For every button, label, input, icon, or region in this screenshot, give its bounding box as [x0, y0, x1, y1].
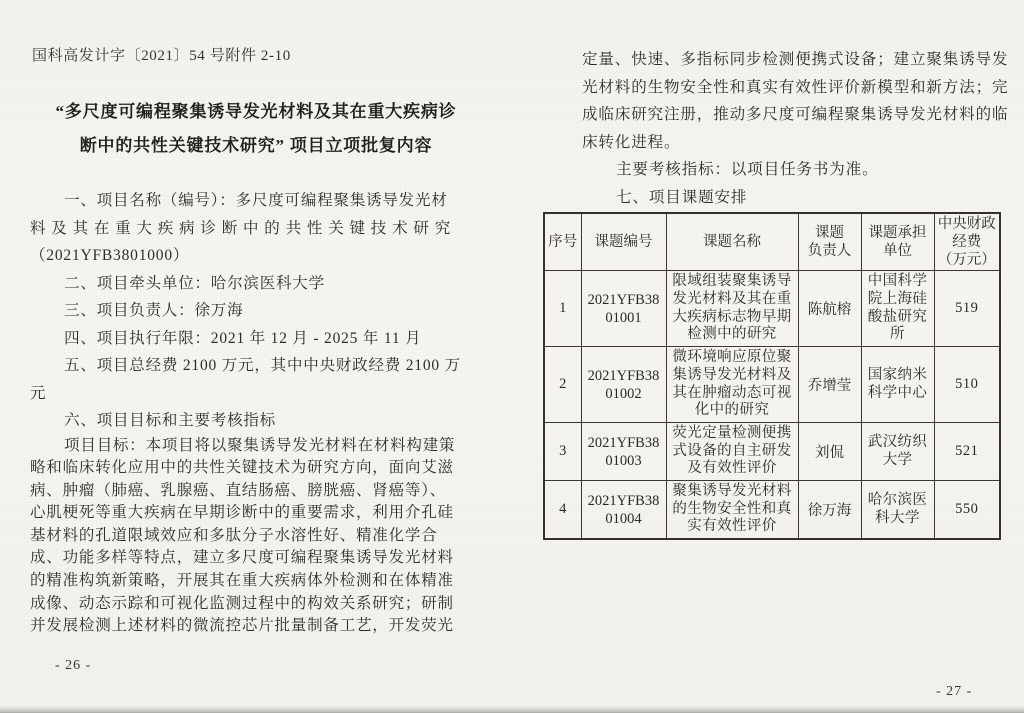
cell-code: 2021YFB3801003 — [581, 423, 666, 481]
cell-name: 限域组装聚集诱导发光材料及其在重大疾病标志物早期检测中的研究 — [666, 271, 798, 347]
text-line: 定量、快速、多指标同步检测便携式设备；建立聚集诱导发 — [582, 46, 1012, 74]
text-line: 病、肿瘤（肺癌、乳腺癌、直结肠癌、膀胱癌、肾癌等）、 — [30, 480, 482, 503]
column-header-code: 课题编号 — [581, 213, 666, 271]
cell-org: 哈尔滨医科大学 — [861, 481, 934, 540]
section-heading-topics: 七、项目课题安排 — [582, 184, 1012, 212]
cell-index: 1 — [544, 271, 581, 347]
text-line: 成、功能多样等特点，建立多尺度可编程聚集诱导发光材料 — [30, 547, 482, 570]
scan-bottom-edge — [0, 706, 1024, 713]
text-line: 床转化进程。 — [582, 129, 1012, 157]
cell-fund: 521 — [934, 423, 1000, 481]
cell-fund: 519 — [934, 271, 1000, 347]
text-line: 六、项目目标和主要考核指标 — [30, 407, 482, 435]
page-number-left: - 26 - — [55, 658, 91, 674]
scanned-document: 国科高发计字〔2021〕54 号附件 2-10 “多尺度可编程聚集诱导发光材料及… — [0, 0, 1024, 713]
project-topics-table: 序号 课题编号 课题名称 课题 负责人 课题承担 单位 中央财政 经费 （万元）… — [543, 212, 1001, 540]
table-row: 2 2021YFB3801002 微环境响应原位聚集诱导发光材料及其在肿瘤动态可… — [544, 347, 1000, 423]
text-line: 项目目标：本项目将以聚集诱导发光材料在材料构建策 — [30, 435, 482, 458]
table-row: 3 2021YFB3801003 荧光定量检测便携式设备的自主研发及有效性评价 … — [544, 423, 1000, 481]
text-line: 略和临床转化应用中的共性关键技术为研究方向，面向艾滋 — [30, 457, 482, 480]
text-line: 元 — [30, 380, 482, 408]
column-header-org: 课题承担 单位 — [861, 213, 934, 271]
text-line: 心肌梗死等重大疾病在早期诊断中的重要需求，利用介孔硅 — [30, 502, 482, 525]
cell-code: 2021YFB3801001 — [581, 271, 666, 347]
table-row: 1 2021YFB3801001 限域组装聚集诱导发光材料及其在重大疾病标志物早… — [544, 271, 1000, 347]
cell-name: 荧光定量检测便携式设备的自主研发及有效性评价 — [666, 423, 798, 481]
cell-org: 武汉纺织大学 — [861, 423, 934, 481]
column-header-fund: 中央财政 经费 （万元） — [934, 213, 1000, 271]
text-line: 主要考核指标：以项目任务书为准。 — [582, 156, 1012, 184]
cell-leader: 陈航榕 — [798, 271, 861, 347]
page-27: 定量、快速、多指标同步检测便携式设备；建立聚集诱导发 光材料的生物安全性和真实有… — [540, 0, 1012, 713]
text-line: 一、项目名称（编号）：多尺度可编程聚集诱导发光材 — [30, 187, 482, 215]
text-line: 三、项目负责人：徐万海 — [30, 297, 482, 325]
column-header-name: 课题名称 — [666, 213, 798, 271]
cell-leader: 乔增莹 — [798, 347, 861, 423]
text-line: 光材料的生物安全性和真实有效性评价新模型和新方法；完 — [582, 74, 1012, 102]
cell-name: 聚集诱导发光材料的生物安全性和真实有效性评价 — [666, 481, 798, 540]
right-page-body: 定量、快速、多指标同步检测便携式设备；建立聚集诱导发 光材料的生物安全性和真实有… — [582, 46, 1012, 211]
text-line: 成像、动态示踪和可视化监测过程中的构效关系研究；研制 — [30, 593, 482, 616]
cell-fund: 510 — [934, 347, 1000, 423]
cell-index: 2 — [544, 347, 581, 423]
cell-fund: 550 — [934, 481, 1000, 540]
text-line: （2021YFB3801000） — [30, 242, 482, 270]
page-26: 国科高发计字〔2021〕54 号附件 2-10 “多尺度可编程聚集诱导发光材料及… — [30, 0, 482, 713]
cell-org: 国家纳米科学中心 — [861, 347, 934, 423]
document-title-line-1: “多尺度可编程聚集诱导发光材料及其在重大疾病诊 — [30, 95, 482, 129]
text-line: 二、项目牵头单位：哈尔滨医科大学 — [30, 270, 482, 298]
document-reference: 国科高发计字〔2021〕54 号附件 2-10 — [32, 44, 291, 65]
text-line: 四、项目执行年限：2021 年 12 月 - 2025 年 11 月 — [30, 325, 482, 353]
text-line: 基材料的孔道限域效应和多肽分子水溶性好、精准化学合 — [30, 525, 482, 548]
cell-code: 2021YFB3801004 — [581, 481, 666, 540]
cell-index: 4 — [544, 481, 581, 540]
cell-leader: 徐万海 — [798, 481, 861, 540]
cell-code: 2021YFB3801002 — [581, 347, 666, 423]
document-title: “多尺度可编程聚集诱导发光材料及其在重大疾病诊 断中的共性关键技术研究” 项目立… — [30, 95, 482, 163]
page-number-right: - 27 - — [936, 684, 972, 700]
cell-org: 中国科学院上海硅酸盐研究所 — [861, 271, 934, 347]
cell-index: 3 — [544, 423, 581, 481]
column-header-leader: 课题 负责人 — [798, 213, 861, 271]
document-title-line-2: 断中的共性关键技术研究” 项目立项批复内容 — [30, 129, 482, 163]
table-header-row: 序号 课题编号 课题名称 课题 负责人 课题承担 单位 中央财政 经费 （万元） — [544, 213, 1000, 271]
cell-leader: 刘侃 — [798, 423, 861, 481]
text-line: 并发展检测上述材料的微流控芯片批量制备工艺，开发荧光 — [30, 615, 482, 638]
text-line: 的精准构筑新策略，开展其在重大疾病体外检测和在体精准 — [30, 570, 482, 593]
text-line: 五、项目总经费 2100 万元，其中中央财政经费 2100 万 — [30, 352, 482, 380]
text-line: 成临床研究注册，推动多尺度可编程聚集诱导发光材料的临 — [582, 101, 1012, 129]
table-row: 4 2021YFB3801004 聚集诱导发光材料的生物安全性和真实有效性评价 … — [544, 481, 1000, 540]
left-page-body: 一、项目名称（编号）：多尺度可编程聚集诱导发光材 料及其在重大疾病诊断中的共性关… — [30, 187, 482, 638]
project-topics-table-wrap: 序号 课题编号 课题名称 课题 负责人 课题承担 单位 中央财政 经费 （万元）… — [543, 212, 1001, 540]
cell-name: 微环境响应原位聚集诱导发光材料及其在肿瘤动态可视化中的研究 — [666, 347, 798, 423]
text-line: 料及其在重大疾病诊断中的共性关键技术研究 — [30, 215, 482, 243]
column-header-index: 序号 — [544, 213, 581, 271]
